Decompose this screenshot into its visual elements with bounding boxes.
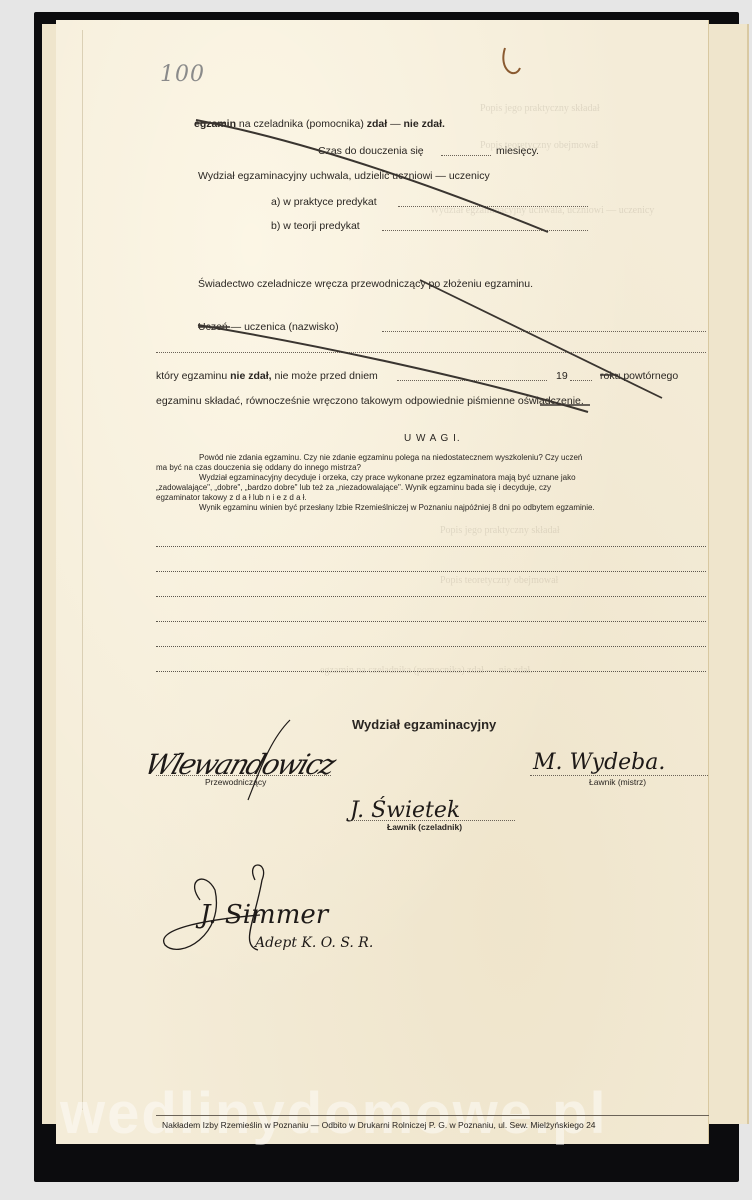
pen-strikethrough-marks [0,0,752,1200]
printer-footer: Nakładem Izby Rzemieślin w Poznaniu — Od… [162,1120,596,1130]
footer-rule [156,1115,709,1116]
watermark: wedlinydomowe.pl [60,1080,608,1147]
